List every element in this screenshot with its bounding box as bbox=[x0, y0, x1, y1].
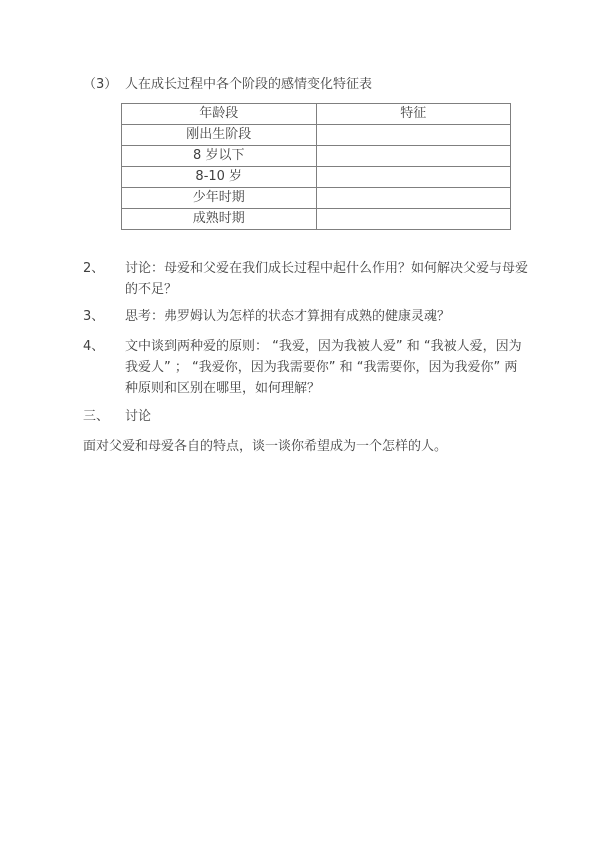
question-3-text: 思考：弗罗姆认为怎样的状态才算拥有成熟的健康灵魂？ bbox=[125, 306, 450, 327]
question-2: 2、 讨论：母爱和父爱在我们成长过程中起什么作用？如何解决父爱与母爱 的不足？ bbox=[83, 258, 528, 300]
section3-heading-text: 人在成长过程中各个阶段的感情变化特征表 bbox=[125, 74, 372, 95]
question-2-line-2: 的不足？ bbox=[125, 279, 528, 300]
table-row: 成熟时期 bbox=[122, 209, 511, 230]
question-3: 3、 思考：弗罗姆认为怎样的状态才算拥有成熟的健康灵魂？ bbox=[83, 306, 450, 327]
age-cell: 8 岁以下 bbox=[122, 146, 317, 167]
section3-heading: （3） 人在成长过程中各个阶段的感情变化特征表 bbox=[83, 74, 372, 95]
question-3-line-1: 思考：弗罗姆认为怎样的状态才算拥有成熟的健康灵魂？ bbox=[125, 306, 450, 327]
closing-paragraph: 面对父爱和母爱各自的特点，谈一谈你希望成为一个怎样的人。 bbox=[83, 436, 447, 457]
feature-table: 年龄段 特征 刚出生阶段 8 岁以下 8-10 岁 少年时期 成熟时期 bbox=[121, 103, 511, 230]
question-4: 4、 文中谈到两种爱的原则： “我爱，因为我被人爱” 和 “我被人爱，因为 我爱… bbox=[83, 336, 522, 399]
question-4-text: 文中谈到两种爱的原则： “我爱，因为我被人爱” 和 “我被人爱，因为 我爱人” … bbox=[125, 336, 522, 399]
table-row: 8-10 岁 bbox=[122, 167, 511, 188]
question-4-line-1: 文中谈到两种爱的原则： “我爱，因为我被人爱” 和 “我被人爱，因为 bbox=[125, 336, 522, 357]
question-4-line-2: 我爱人” ； “我爱你，因为我需要你” 和 “我需要你，因为我爱你” 两 bbox=[125, 357, 522, 378]
trait-cell bbox=[316, 209, 511, 230]
table-row: 刚出生阶段 bbox=[122, 125, 511, 146]
trait-cell bbox=[316, 167, 511, 188]
age-cell: 成熟时期 bbox=[122, 209, 317, 230]
document-page: （3） 人在成长过程中各个阶段的感情变化特征表 年龄段 特征 刚出生阶段 8 岁… bbox=[0, 0, 595, 842]
trait-cell bbox=[316, 125, 511, 146]
section-three-heading: 三、 讨论 bbox=[83, 406, 151, 427]
question-3-marker: 3、 bbox=[83, 306, 125, 327]
age-cell: 少年时期 bbox=[122, 188, 317, 209]
age-cell: 刚出生阶段 bbox=[122, 125, 317, 146]
question-2-marker: 2、 bbox=[83, 258, 125, 279]
table-row: 少年时期 bbox=[122, 188, 511, 209]
age-cell: 8-10 岁 bbox=[122, 167, 317, 188]
column-header-age: 年龄段 bbox=[122, 104, 317, 125]
question-4-marker: 4、 bbox=[83, 336, 125, 357]
column-header-trait: 特征 bbox=[316, 104, 511, 125]
section-three-marker: 三、 bbox=[83, 406, 125, 427]
table-header-row: 年龄段 特征 bbox=[122, 104, 511, 125]
question-4-line-3: 种原则和区别在哪里，如何理解？ bbox=[125, 378, 522, 399]
table-row: 8 岁以下 bbox=[122, 146, 511, 167]
trait-cell bbox=[316, 146, 511, 167]
trait-cell bbox=[316, 188, 511, 209]
question-2-text: 讨论：母爱和父爱在我们成长过程中起什么作用？如何解决父爱与母爱 的不足？ bbox=[125, 258, 528, 300]
question-2-line-1: 讨论：母爱和父爱在我们成长过程中起什么作用？如何解决父爱与母爱 bbox=[125, 258, 528, 279]
section-three-title: 讨论 bbox=[125, 406, 151, 427]
section3-heading-marker: （3） bbox=[83, 74, 125, 95]
